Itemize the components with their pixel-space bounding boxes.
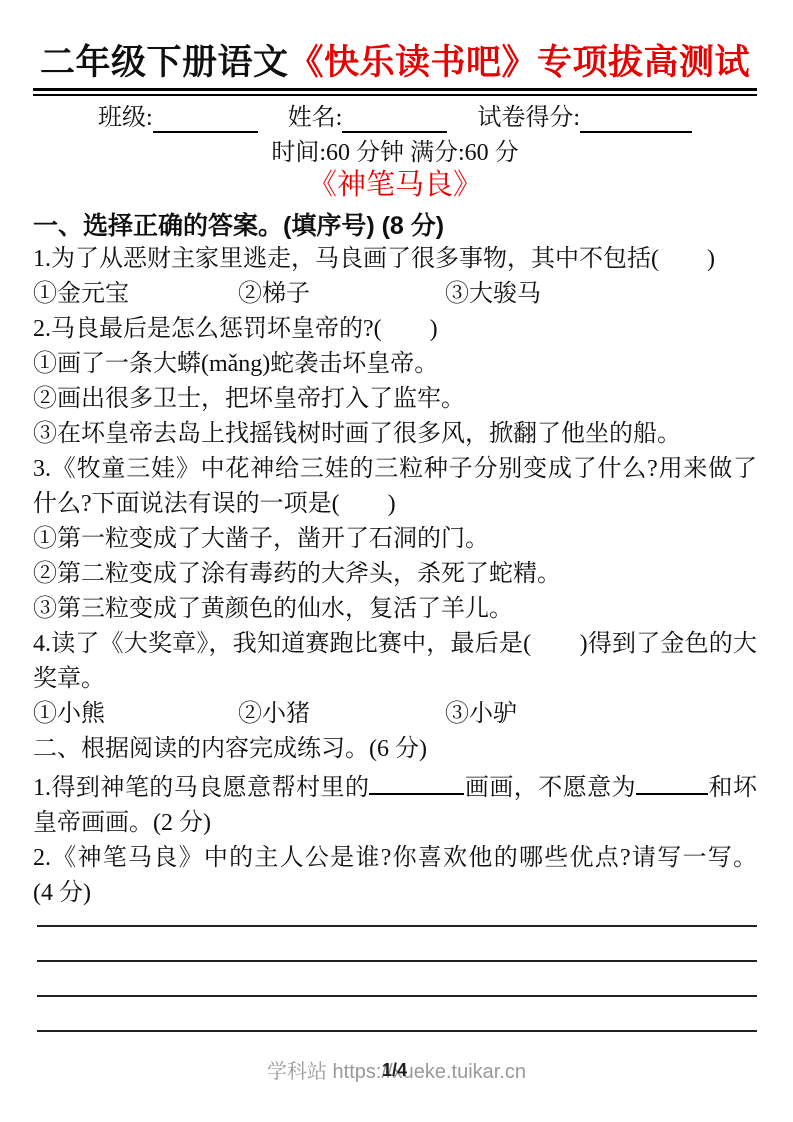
name-field: 姓名:: [288, 103, 448, 133]
s2-q2-score: (4 分): [33, 880, 91, 906]
s1-question-4: 4.读了《大奖章》，我知道赛跑比赛中，最后是( )得到了金色的大奖章。: [33, 627, 757, 697]
score-blank[interactable]: [580, 105, 692, 133]
title-topic-part: 《快乐读书吧》专项拔高测试: [289, 43, 751, 82]
s1-q1-option-3[interactable]: ③大骏马: [445, 277, 757, 312]
answer-line-3[interactable]: [37, 995, 757, 1030]
s1-question-3: 3.《牧童三娃》中花神给三娃的三粒种子分别变成了什么?用来做了什么?下面说法有误…: [33, 452, 757, 522]
class-blank[interactable]: [153, 105, 258, 133]
section1-heading: 一、选择正确的答案。(填序号) (8 分): [33, 210, 757, 242]
s1-q1-option-2[interactable]: ②梯子: [238, 277, 445, 312]
name-blank[interactable]: [342, 105, 447, 133]
answer-lines: [37, 925, 757, 1065]
s2-q1-blank-2[interactable]: [636, 767, 708, 795]
s1-q3-option-1[interactable]: ①第一粒变成了大凿子，凿开了石洞的门。: [33, 522, 757, 557]
s2-q2-text: 2.《神笔马良》中的主人公是谁?你喜欢他的哪些优点?请写一写。: [33, 845, 757, 871]
page-title: 二年级下册语文《快乐读书吧》专项拔高测试: [33, 0, 757, 86]
s1-question-1: 1.为了从恶财主家里逃走，马良画了很多事物，其中不包括( ): [33, 242, 757, 277]
answer-line-1[interactable]: [37, 925, 757, 960]
section2-heading: 二、根据阅读的内容完成练习。(6 分): [33, 732, 757, 767]
s1-q4-options: ①小熊 ②小猪 ③小驴: [33, 697, 757, 732]
book-title: 《神笔马良》: [33, 168, 757, 202]
s1-q4-option-3[interactable]: ③小驴: [445, 697, 757, 732]
score-label: 试卷得分:: [477, 103, 580, 133]
title-grade-part: 二年级下册语文: [40, 43, 289, 82]
s2-question-2: 2.《神笔马良》中的主人公是谁?你喜欢他的哪些优点?请写一写。(4 分): [33, 841, 757, 911]
s1-q1-option-1[interactable]: ①金元宝: [33, 277, 238, 312]
answer-line-2[interactable]: [37, 960, 757, 995]
s2-question-1: 1.得到神笔的马良愿意帮村里的画画，不愿意为和坏皇帝画画。(2 分): [33, 767, 757, 841]
class-field: 班级:: [98, 103, 258, 133]
s1-q2-option-2[interactable]: ②画出很多卫士，把坏皇帝打入了监牢。: [33, 382, 757, 417]
s1-q2-option-3[interactable]: ③在坏皇帝去岛上找摇钱树时画了很多风，掀翻了他坐的船。: [33, 417, 757, 452]
s2-q1-text-2: 画画，不愿意为: [464, 775, 636, 801]
s1-q4-option-2[interactable]: ②小猪: [238, 697, 445, 732]
test-paper-page: 二年级下册语文《快乐读书吧》专项拔高测试 班级: 姓名: 试卷得分: 时间:60…: [0, 0, 793, 1122]
score-field: 试卷得分:: [477, 103, 692, 133]
page-indicator: 1/4: [382, 1058, 407, 1082]
s1-q2-option-1[interactable]: ①画了一条大蟒(mǎng)蛇袭击坏皇帝。: [33, 347, 757, 382]
s1-q1-options: ①金元宝 ②梯子 ③大骏马: [33, 277, 757, 312]
name-label: 姓名:: [288, 103, 343, 133]
student-info-row: 班级: 姓名: 试卷得分:: [33, 103, 757, 133]
class-label: 班级:: [98, 103, 153, 133]
s1-question-2: 2.马良最后是怎么惩罚坏皇帝的?( ): [33, 312, 757, 347]
title-divider: [33, 88, 757, 96]
s1-q3-option-2[interactable]: ②第二粒变成了涂有毒药的大斧头，杀死了蛇精。: [33, 557, 757, 592]
s1-q4-option-1[interactable]: ①小熊: [33, 697, 238, 732]
s2-q1-text-1: 1.得到神笔的马良愿意帮村里的: [33, 775, 369, 801]
s1-q3-option-3[interactable]: ③第三粒变成了黄颜色的仙水，复活了羊儿。: [33, 592, 757, 627]
page-content: 二年级下册语文《快乐读书吧》专项拔高测试 班级: 姓名: 试卷得分: 时间:60…: [0, 0, 793, 911]
s2-q1-blank-1[interactable]: [369, 767, 464, 795]
exam-meta: 时间:60 分钟 满分:60 分: [33, 140, 757, 167]
